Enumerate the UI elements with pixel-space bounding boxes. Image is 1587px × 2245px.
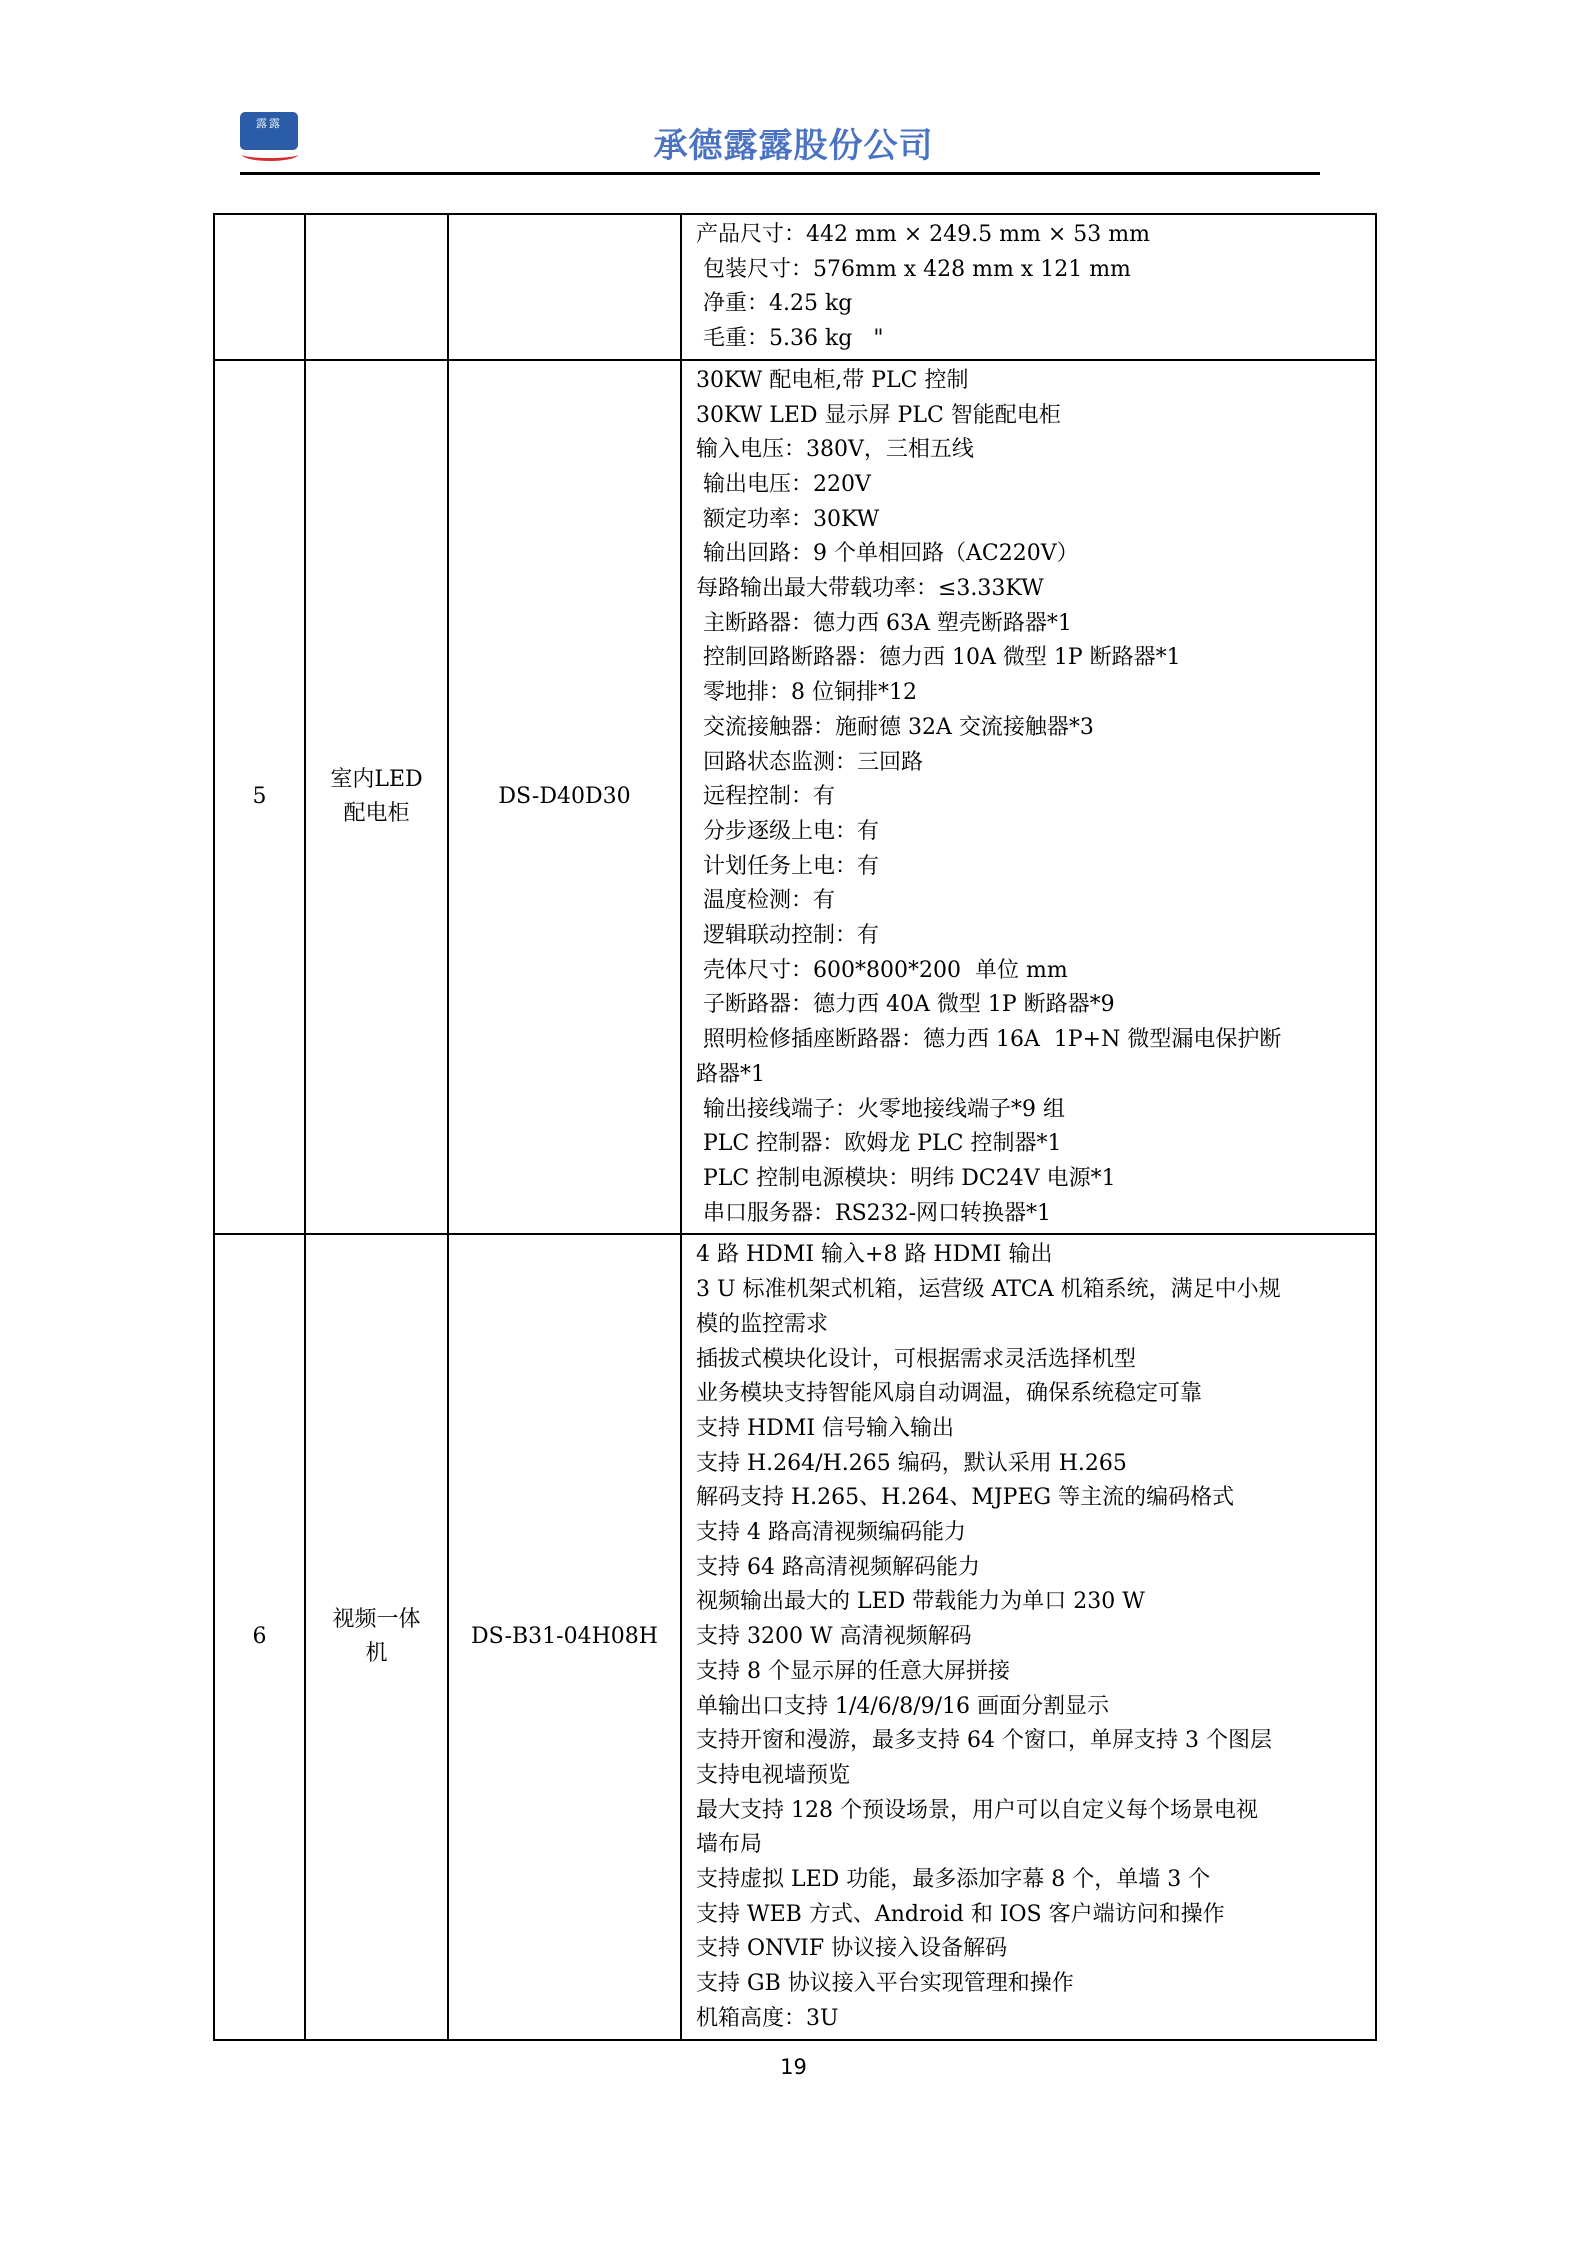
spec-line: 输出接线端子：火零地接线端子*9 组: [696, 1093, 1367, 1128]
model-cell: DS-D40D30: [448, 360, 681, 1235]
spec-line: 最大支持 128 个预设场景，用户可以自定义每个场景电视: [696, 1794, 1367, 1829]
spec-line: 输入电压：380V，三相五线: [696, 433, 1367, 468]
page-number: 19: [0, 2055, 1587, 2079]
spec-line: 支持 4 路高清视频编码能力: [696, 1516, 1367, 1551]
spec-line: 额定功率：30KW: [696, 503, 1367, 538]
spec-line: 30KW 配电柜,带 PLC 控制: [696, 364, 1367, 399]
row-number-text: 5: [253, 784, 267, 809]
spec-line: 零地排：8 位铜排*12: [696, 676, 1367, 711]
row-number-cell: [214, 214, 305, 360]
row-number-text: 6: [253, 1624, 267, 1649]
spec-line: 视频输出最大的 LED 带载能力为单口 230 W: [696, 1585, 1367, 1620]
spec-line: 子断路器：德力西 40A 微型 1P 断路器*9: [696, 988, 1367, 1023]
spec-line: 毛重：5.36 kg ": [696, 322, 1367, 357]
company-name: 承德露露股份公司: [0, 118, 1587, 167]
spec-line: 支持开窗和漫游，最多支持 64 个窗口，单屏支持 3 个图层: [696, 1724, 1367, 1759]
spec-line: 机箱高度：3U: [696, 2002, 1367, 2037]
spec-line: 回路状态监测：三回路: [696, 746, 1367, 781]
table-row: 6视频一体机DS-B31-04H08H4 路 HDMI 输入+8 路 HDMI …: [214, 1234, 1376, 2039]
spec-line: 墙布局: [696, 1828, 1367, 1863]
page-header: 露露 承德露露股份公司: [0, 0, 1587, 180]
spec-line: 输出回路：9 个单相回路（AC220V）: [696, 537, 1367, 572]
spec-line: 模的监控需求: [696, 1308, 1367, 1343]
product-name-text: 视频一体机: [327, 1603, 427, 1671]
spec-line: 逻辑联动控制：有: [696, 919, 1367, 954]
model-cell: DS-B31-04H08H: [448, 1234, 681, 2039]
spec-line: 支持 8 个显示屏的任意大屏拼接: [696, 1655, 1367, 1690]
spec-line: 支持 3200 W 高清视频解码: [696, 1620, 1367, 1655]
spec-description-cell: 30KW 配电柜,带 PLC 控制30KW LED 显示屏 PLC 智能配电柜输…: [681, 360, 1376, 1235]
spec-line: 主断路器：德力西 63A 塑壳断路器*1: [696, 607, 1367, 642]
spec-line: 支持 HDMI 信号输入输出: [696, 1412, 1367, 1447]
spec-line: 支持电视墙预览: [696, 1759, 1367, 1794]
spec-line: 3 U 标准机架式机箱，运营级 ATCA 机箱系统，满足中小规: [696, 1273, 1367, 1308]
spec-line: 壳体尺寸：600*800*200 单位 mm: [696, 954, 1367, 989]
spec-line: 产品尺寸：442 mm × 249.5 mm × 53 mm: [696, 218, 1367, 253]
spec-line: 分步逐级上电：有: [696, 815, 1367, 850]
table-row: 产品尺寸：442 mm × 249.5 mm × 53 mm 包装尺寸：576m…: [214, 214, 1376, 360]
product-name-cell: 室内LED配电柜: [305, 360, 448, 1235]
spec-line: 解码支持 H.265、H.264、MJPEG 等主流的编码格式: [696, 1481, 1367, 1516]
spec-line: 支持 WEB 方式、Android 和 IOS 客户端访问和操作: [696, 1898, 1367, 1933]
spec-line: 插拔式模块化设计，可根据需求灵活选择机型: [696, 1343, 1367, 1378]
spec-line: 每路输出最大带载功率：≤3.33KW: [696, 572, 1367, 607]
spec-line: 包装尺寸：576mm x 428 mm x 121 mm: [696, 253, 1367, 288]
spec-line: 支持 64 路高清视频解码能力: [696, 1551, 1367, 1586]
spec-table: 产品尺寸：442 mm × 249.5 mm × 53 mm 包装尺寸：576m…: [213, 213, 1377, 2041]
header-divider: [240, 172, 1320, 175]
spec-line: 净重：4.25 kg: [696, 287, 1367, 322]
spec-line: 支持 GB 协议接入平台实现管理和操作: [696, 1967, 1367, 2002]
spec-line: 单输出口支持 1/4/6/8/9/16 画面分割显示: [696, 1690, 1367, 1725]
spec-line: 照明检修插座断路器：德力西 16A 1P+N 微型漏电保护断: [696, 1023, 1367, 1058]
row-number-cell: 6: [214, 1234, 305, 2039]
model-text: DS-B31-04H08H: [471, 1624, 658, 1649]
spec-line: 计划任务上电：有: [696, 850, 1367, 885]
spec-line: 交流接触器：施耐德 32A 交流接触器*3: [696, 711, 1367, 746]
table-row: 5室内LED配电柜DS-D40D3030KW 配电柜,带 PLC 控制30KW …: [214, 360, 1376, 1235]
model-text: DS-D40D30: [498, 784, 630, 809]
spec-line: 串口服务器：RS232-网口转换器*1: [696, 1197, 1367, 1232]
product-name-cell: [305, 214, 448, 360]
spec-line: PLC 控制电源模块：明纬 DC24V 电源*1: [696, 1162, 1367, 1197]
spec-description-cell: 4 路 HDMI 输入+8 路 HDMI 输出3 U 标准机架式机箱，运营级 A…: [681, 1234, 1376, 2039]
spec-line: 控制回路断路器：德力西 10A 微型 1P 断路器*1: [696, 641, 1367, 676]
product-name-text: 室内LED配电柜: [327, 763, 427, 831]
spec-line: 支持 H.264/H.265 编码，默认采用 H.265: [696, 1447, 1367, 1482]
row-number-cell: 5: [214, 360, 305, 1235]
spec-line: 业务模块支持智能风扇自动调温，确保系统稳定可靠: [696, 1377, 1367, 1412]
spec-line: 路器*1: [696, 1058, 1367, 1093]
product-name-cell: 视频一体机: [305, 1234, 448, 2039]
spec-line: 30KW LED 显示屏 PLC 智能配电柜: [696, 399, 1367, 434]
spec-description-cell: 产品尺寸：442 mm × 249.5 mm × 53 mm 包装尺寸：576m…: [681, 214, 1376, 360]
spec-line: PLC 控制器：欧姆龙 PLC 控制器*1: [696, 1127, 1367, 1162]
spec-line: 输出电压：220V: [696, 468, 1367, 503]
spec-line: 支持 ONVIF 协议接入设备解码: [696, 1932, 1367, 1967]
spec-line: 温度检测：有: [696, 884, 1367, 919]
spec-line: 4 路 HDMI 输入+8 路 HDMI 输出: [696, 1238, 1367, 1273]
spec-line: 远程控制：有: [696, 780, 1367, 815]
spec-line: 支持虚拟 LED 功能，最多添加字幕 8 个，单墙 3 个: [696, 1863, 1367, 1898]
model-cell: [448, 214, 681, 360]
